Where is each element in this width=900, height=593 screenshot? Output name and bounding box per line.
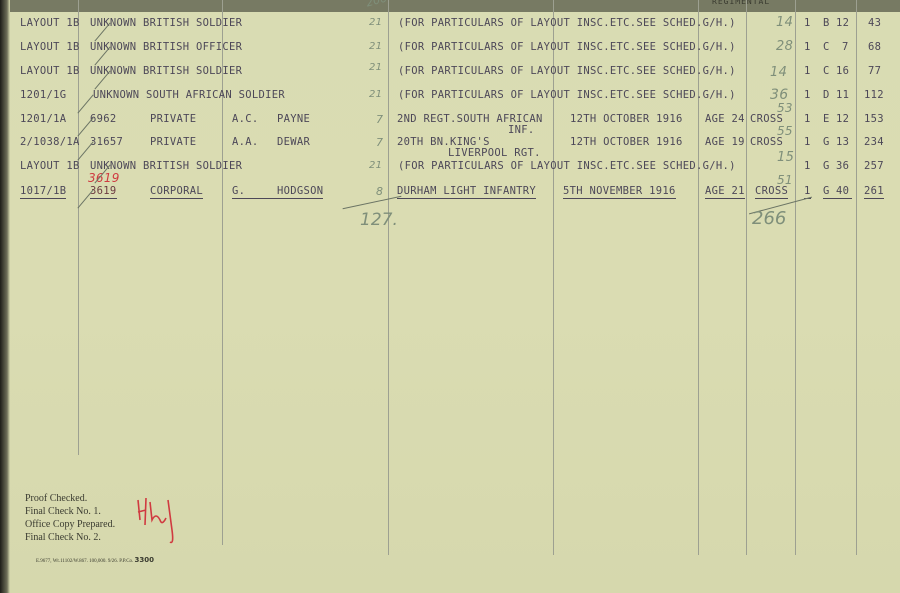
surname-cell: PAYNE — [277, 113, 310, 125]
plot-cell: 1 — [804, 136, 811, 148]
unit-cell: (FOR PARTICULARS OF LAYOUT INSC.ETC.SEE … — [398, 17, 736, 29]
row-letter-cell: C — [823, 65, 830, 77]
cross-cell: CROSS — [755, 185, 788, 199]
unit-cell: (FOR PARTICULARS OF LAYOUT INSC.ETC.SEE … — [398, 89, 736, 101]
row-letter-cell: G — [823, 160, 830, 172]
ref-cell: LAYOUT 1B — [20, 17, 80, 29]
surname-cell: DEWAR — [277, 136, 310, 148]
initials-cell: A.C. — [232, 113, 259, 125]
grave-cell: 36 — [836, 160, 849, 172]
unit-cell: (FOR PARTICULARS OF LAYOUT INSC.ETC.SEE … — [398, 65, 736, 77]
register-row: 2/1038/1A 31657 PRIVATE A.A. DEWAR 7 20T… — [0, 136, 900, 156]
name-cell: UNKNOWN BRITISH SOLDIER — [90, 17, 242, 29]
number-cell: 6962 — [90, 113, 117, 125]
plot-cell: 1 — [804, 113, 811, 125]
seq-cell: 257 — [864, 160, 884, 172]
date-cell: 5TH NOVEMBER 1916 — [563, 185, 676, 199]
rank-cell: CORPORAL — [150, 185, 203, 199]
register-row: 1201/1A 6962 PRIVATE A.C. PAYNE 7 2ND RE… — [0, 113, 900, 133]
ref-cell: LAYOUT 1B — [20, 41, 80, 53]
mark-total: 127. — [360, 210, 398, 230]
ref-cell: 1201/1G — [20, 89, 66, 101]
register-row: LAYOUT 1B UNKNOWN BRITISH SOLDIER 21 (FO… — [0, 65, 900, 85]
office-copy-label: Office Copy Prepared. — [25, 518, 115, 531]
seq-cell: 43 — [868, 17, 881, 29]
hand-count: 15 — [777, 150, 794, 165]
count-total: 266 — [752, 208, 786, 229]
plot-cell: 1 — [804, 160, 811, 172]
seq-cell: 112 — [864, 89, 884, 101]
mark-cell: 7 — [376, 113, 383, 126]
grave-cell: 12 — [836, 17, 849, 29]
mark-cell: 8 — [376, 185, 383, 198]
scan-edge — [0, 0, 10, 593]
mark-cell: 21 — [369, 89, 382, 100]
seq-cell: 234 — [864, 136, 884, 148]
age-cell: AGE 21 — [705, 185, 745, 199]
grave-cell: 16 — [836, 65, 849, 77]
seq-cell: 261 — [864, 185, 884, 199]
unit-cell: (FOR PARTICULARS OF LAYOUT INSC.ETC.SEE … — [398, 160, 736, 172]
mark-cell: 21 — [369, 17, 382, 28]
initials-cell: A.A. — [232, 136, 259, 148]
mark-cell: 21 — [369, 62, 382, 73]
grave-cell: 11 — [836, 89, 849, 101]
plot-cell: 1 — [804, 89, 811, 101]
seq-cell: 77 — [868, 65, 881, 77]
grave-cell: 12 — [836, 113, 849, 125]
plot-cell: 1 — [804, 17, 811, 29]
check-footer: Proof Checked. Final Check No. 1. Office… — [25, 492, 115, 544]
unit-line2: INF. — [508, 124, 535, 136]
register-row: LAYOUT 1B UNKNOWN BRITISH SOLDIER 21 (FO… — [0, 17, 900, 37]
column-heading: REGIMENTAL — [712, 0, 770, 6]
grave-cell: 40 — [836, 185, 849, 197]
rank-cell: PRIVATE — [150, 113, 196, 125]
hand-count: 51 — [777, 173, 793, 187]
unit-cell: DURHAM LIGHT INFANTRY — [397, 185, 536, 199]
ref-cell: 2/1038/1A — [20, 136, 80, 148]
row-letter-cell: G — [823, 136, 830, 148]
hand-count: 53 — [777, 101, 793, 115]
header-bar: REGIMENTAL — [0, 0, 900, 12]
ref-cell: 1201/1A — [20, 113, 66, 125]
printer-mark: E.9677, Wt.11102/W.867. 100,000. 9/26. P… — [36, 556, 154, 564]
seq-cell: 153 — [864, 113, 884, 125]
unit-line2: LIVERPOOL RGT. — [448, 147, 541, 159]
mark-cell: 7 — [376, 136, 383, 149]
final-check-1-label: Final Check No. 1. — [25, 505, 115, 518]
mark-cell: 21 — [369, 160, 382, 171]
final-check-2-label: Final Check No. 2. — [25, 531, 115, 544]
ref-cell: LAYOUT 1B — [20, 65, 80, 77]
rank-cell: PRIVATE — [150, 136, 196, 148]
age-cell: AGE 19 — [705, 136, 745, 148]
register-row: LAYOUT 1B UNKNOWN BRITISH SOLDIER 21 (FO… — [0, 160, 900, 180]
mark-cell: 21 — [369, 41, 382, 52]
hand-count: 28 — [776, 39, 793, 54]
name-cell: UNKNOWN SOUTH AFRICAN SOLDIER — [93, 89, 285, 101]
row-letter-cell: B — [823, 17, 830, 29]
register-row: LAYOUT 1B UNKNOWN BRITISH OFFICER 21 (FO… — [0, 41, 900, 61]
name-cell: UNKNOWN BRITISH SOLDIER — [90, 65, 242, 77]
grave-cell: 7 — [842, 41, 849, 53]
form-number: 3300 — [135, 556, 154, 564]
row-letter-cell: E — [823, 113, 830, 125]
plot-cell: 1 — [804, 41, 811, 53]
hand-count: 55 — [777, 124, 793, 138]
register-row: 1201/1G UNKNOWN SOUTH AFRICAN SOLDIER 21… — [0, 89, 900, 109]
name-cell: UNKNOWN BRITISH OFFICER — [90, 41, 242, 53]
number-cell: 31657 — [90, 136, 123, 148]
age-cell: AGE 24 — [705, 113, 745, 125]
date-cell: 12TH OCTOBER 1916 — [570, 113, 683, 125]
row-letter-cell: C — [823, 41, 830, 53]
hand-count: 14 — [776, 15, 793, 30]
seq-cell: 68 — [868, 41, 881, 53]
grave-cell: 13 — [836, 136, 849, 148]
red-signature-icon — [132, 490, 182, 550]
number-cell: 3619 — [90, 185, 117, 199]
unit-cell: (FOR PARTICULARS OF LAYOUT INSC.ETC.SEE … — [398, 41, 736, 53]
date-cell: 12TH OCTOBER 1916 — [570, 136, 683, 148]
register-row: 1017/1B 3619 3619 CORPORAL G. HODGSON 8 … — [0, 185, 900, 205]
row-letter-cell: D — [823, 89, 830, 101]
plot-cell: 1 — [804, 65, 811, 77]
hand-count: 14 — [770, 65, 787, 80]
proof-checked-label: Proof Checked. — [25, 492, 115, 505]
ref-cell: 1017/1B — [20, 185, 66, 199]
register-page: REGIMENTAL 206 LAYOUT 1B UNKNOWN BRITISH… — [0, 0, 900, 593]
ref-cell: LAYOUT 1B — [20, 160, 80, 172]
surname-cell: HODGSON — [277, 185, 323, 199]
